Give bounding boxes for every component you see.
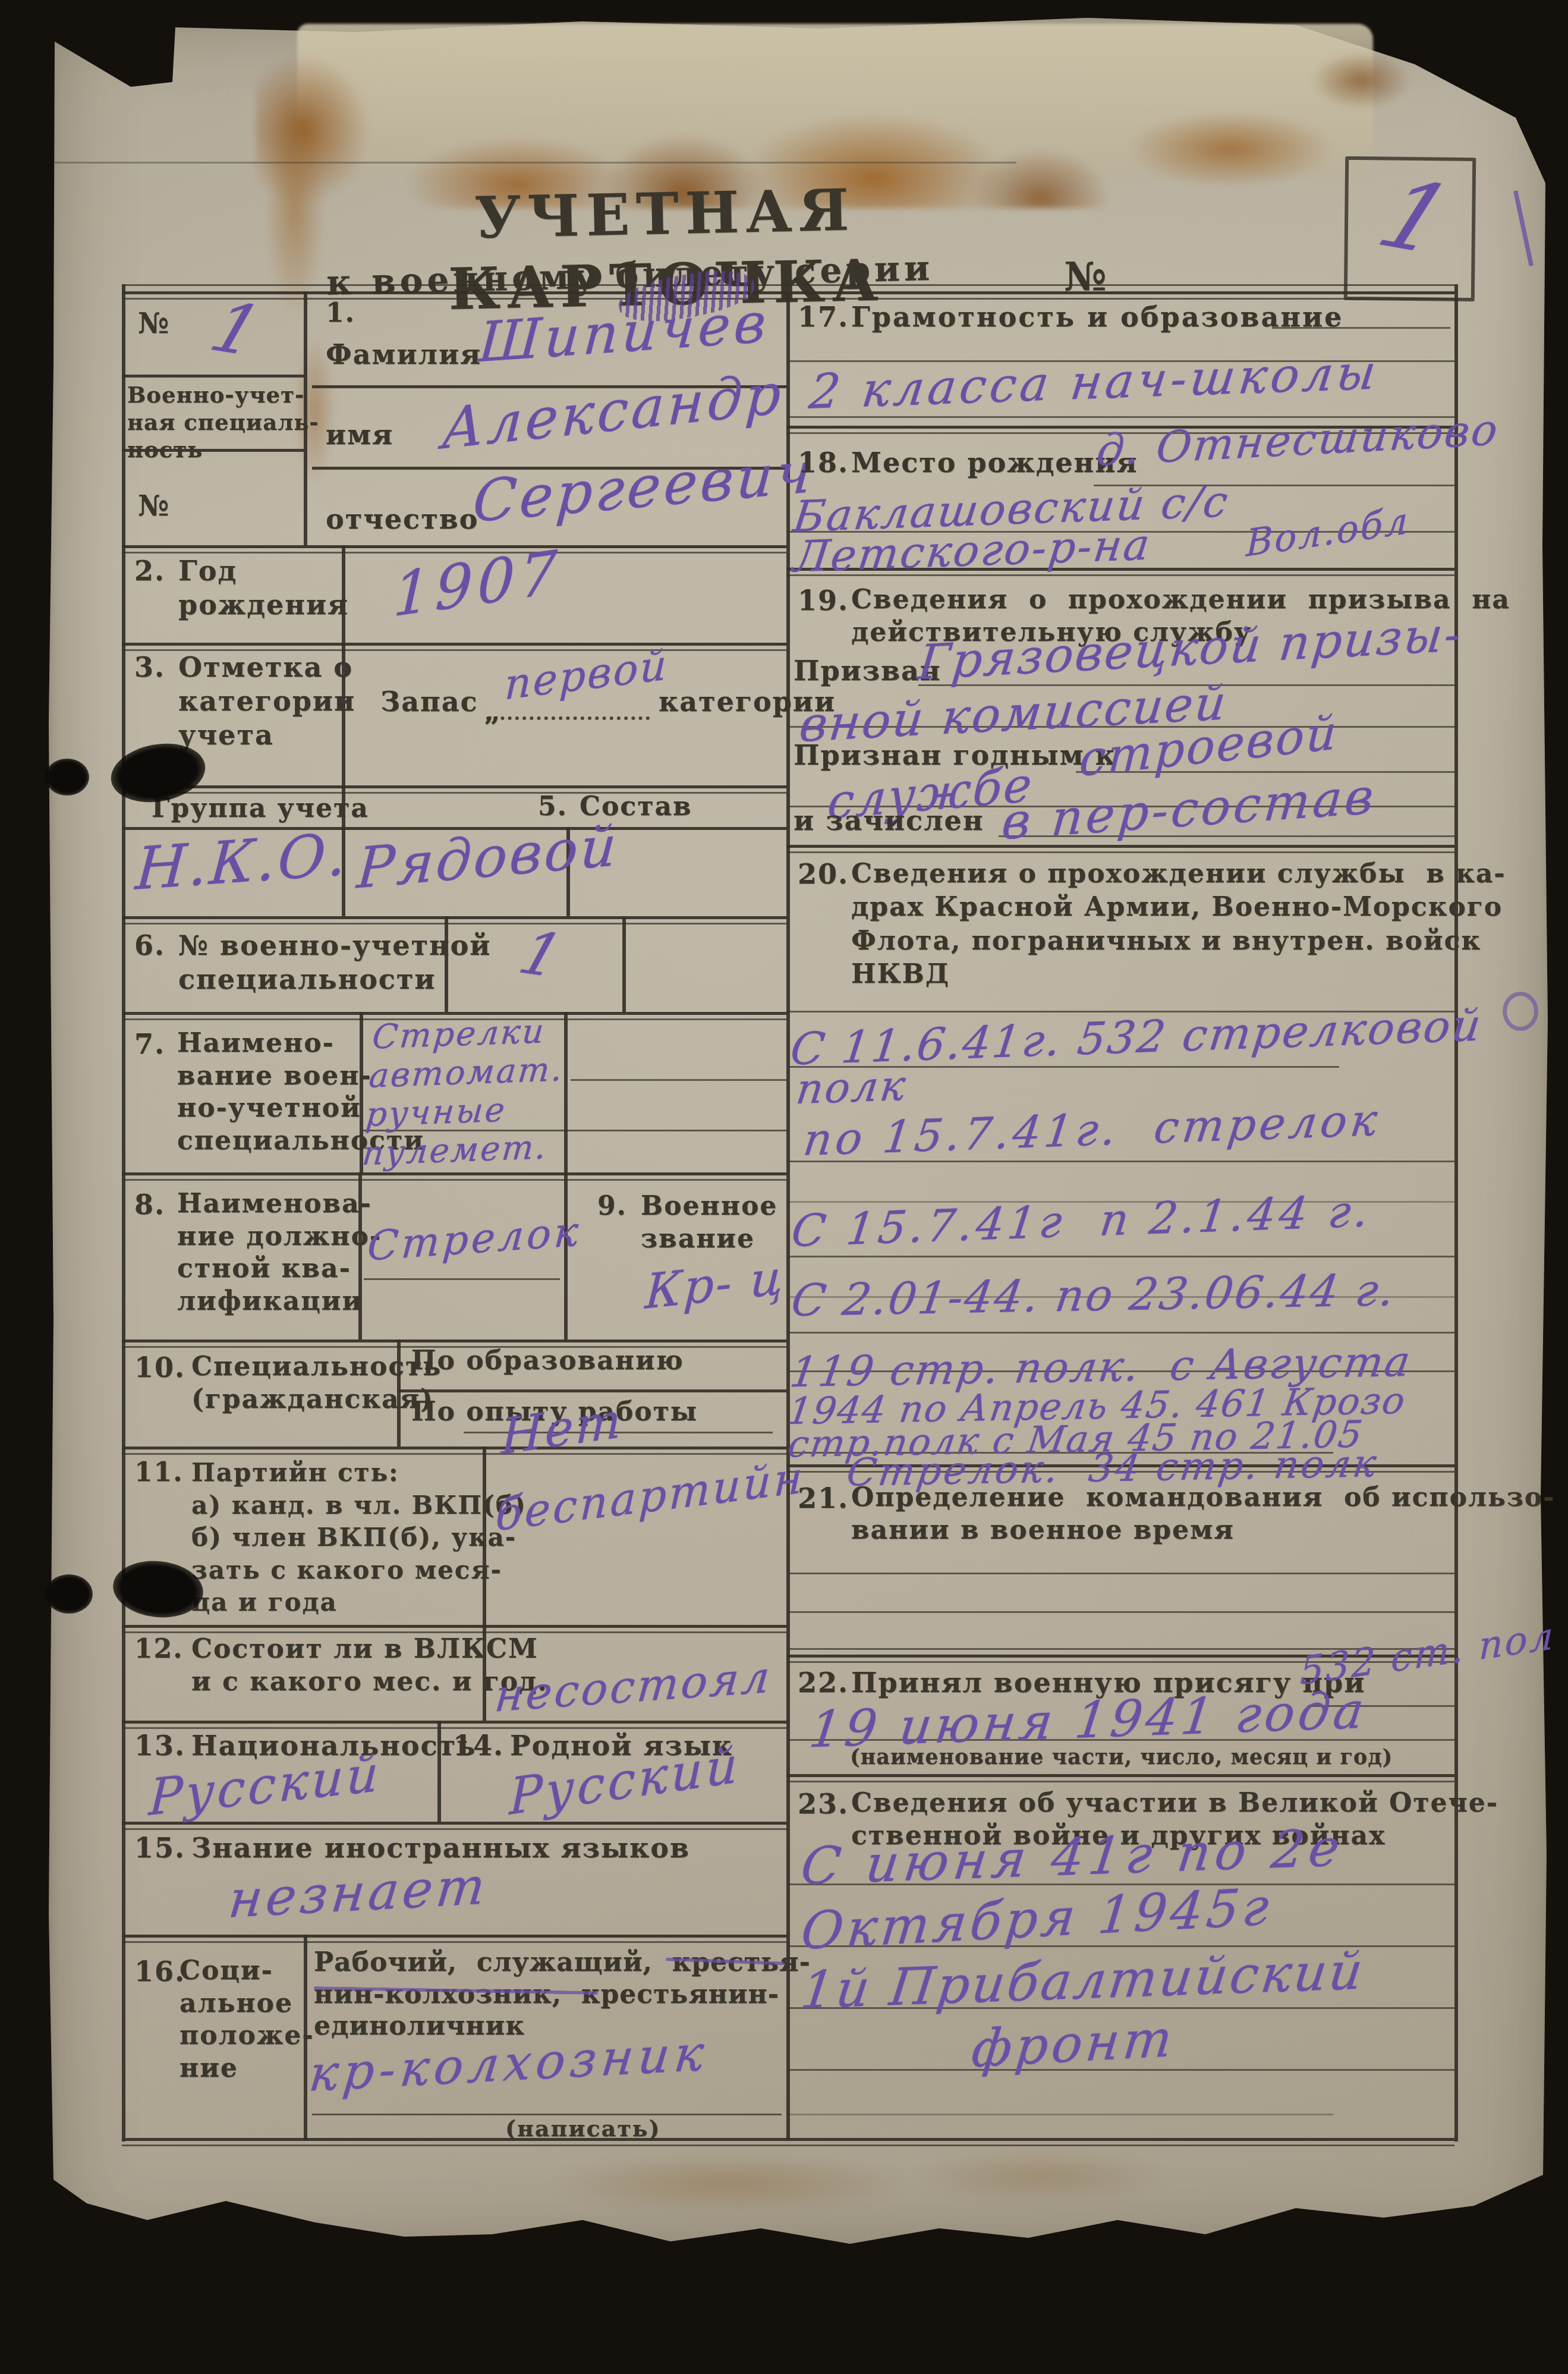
ruled-line xyxy=(786,1332,1454,1334)
field20-entry: С 15.7.41г п 2.1.44 г. xyxy=(789,1188,1374,1256)
field23-num: 23. xyxy=(798,1787,849,1821)
field22-caption: (наименование части, число, месяц и год) xyxy=(850,1744,1393,1770)
grid-line xyxy=(786,1774,1454,1782)
grid-line xyxy=(622,916,626,1012)
field3-label: Отметка о категории учета xyxy=(178,650,355,752)
grid-line xyxy=(122,1822,786,1830)
grid-line xyxy=(122,1721,786,1729)
field17-label: Грамотность и образование xyxy=(851,300,1343,334)
category-dotted-line xyxy=(486,716,650,720)
punch-hole xyxy=(45,759,89,795)
field9-label: Военное звание xyxy=(641,1190,777,1255)
field9-value: Кр- ц xyxy=(644,1252,786,1318)
field7-value: Стрелки автомат. ручные пулемет. xyxy=(361,1012,569,1174)
field8-value: Стрелок xyxy=(366,1210,583,1269)
field19-enrolled-value: в пер-состав xyxy=(1000,771,1378,850)
grid-line xyxy=(122,916,786,925)
field9-num: 9. xyxy=(597,1190,627,1223)
field20-num: 20. xyxy=(798,857,849,891)
field4-value: Н.К.О. xyxy=(134,823,351,902)
field11-value: беспартийн xyxy=(495,1454,806,1540)
field20-label: Сведения о прохождении службы в ка- драх… xyxy=(851,857,1506,991)
field12-num: 12. xyxy=(134,1633,184,1666)
ruled-line xyxy=(786,1256,1454,1257)
grid-line xyxy=(397,1389,786,1392)
field13-num: 13. xyxy=(134,1729,185,1763)
field7-num: 7. xyxy=(134,1027,165,1061)
field12-label: Состоит ли в ВЛКСМ и с какого мес. и год… xyxy=(191,1633,548,1698)
card-content: УЧЕТНАЯ КАРТОЧКА к военному билету серии… xyxy=(0,0,1568,2374)
field22-unit-value: 532 ст. пол xyxy=(1299,1615,1555,1693)
grid-line xyxy=(122,1447,786,1455)
ruled-line xyxy=(786,1573,1454,1574)
grid-line xyxy=(122,284,125,2142)
field8-label: Наименова- ние должно- стной ква- лифика… xyxy=(177,1188,382,1318)
field1-name-label: имя xyxy=(326,418,393,452)
field10-by-education-label: По образованию xyxy=(411,1345,684,1378)
punch-hole xyxy=(45,1574,93,1614)
grid-line xyxy=(122,643,786,651)
field16-label: Соци- альное положе- ние xyxy=(180,1955,314,2084)
field11-label: Партийн сть: а) канд. в чл. ВКП(б) б) чл… xyxy=(191,1457,527,1619)
field15-num: 15. xyxy=(134,1831,185,1865)
field1-patronymic-label: отчество xyxy=(326,502,478,536)
field20-entry: полк xyxy=(794,1064,909,1112)
field18-value-line3b: Вол.обл xyxy=(1246,501,1410,564)
grid-line xyxy=(364,1278,560,1280)
field2-num: 2. xyxy=(134,554,165,588)
scanned-military-card-photo: { "colors": { "paper": "#b9b1a0", "print… xyxy=(0,0,1568,2374)
grid-line xyxy=(786,845,1454,853)
field21-label: Определение командования об использо- ва… xyxy=(851,1482,1555,1546)
field8-num: 8. xyxy=(134,1188,165,1222)
field6-num: 6. xyxy=(134,929,165,963)
field3-zapas-label: Запас xyxy=(380,685,478,719)
pen-circle-mark xyxy=(1503,992,1538,1031)
vus-label: Военно-учет- ная специаль- ность xyxy=(127,382,319,464)
grid-line xyxy=(122,375,304,378)
grid-line xyxy=(571,1079,786,1081)
field20-entry: С 2.01-44. по 23.06.44 г. xyxy=(788,1267,1399,1325)
field2-label: Год рождения xyxy=(178,554,349,622)
field3-num: 3. xyxy=(134,650,165,684)
field3-value: первой xyxy=(504,643,669,708)
grid-line xyxy=(122,1935,786,1943)
field16-note: (написать) xyxy=(505,2114,661,2142)
field14-num: 14. xyxy=(453,1729,504,1763)
field21-num: 21. xyxy=(798,1482,849,1515)
ruled-line xyxy=(786,2114,1333,2115)
field1-patronymic-value: Сергеевич xyxy=(471,441,816,533)
field17-value: 2 класса нач-школы xyxy=(807,347,1383,418)
header-rule xyxy=(53,162,1016,163)
field10-label: Специальность (гражданская) xyxy=(191,1351,442,1416)
grid-line xyxy=(1454,284,1458,2142)
field4-label: Группа учета xyxy=(152,793,369,825)
field19-num: 19. xyxy=(798,584,849,618)
vus-no-value: 1 xyxy=(202,290,272,369)
vus-no2-label: № xyxy=(138,489,170,524)
field16-num: 16. xyxy=(134,1955,185,1989)
field19-enrolled-label: и зачислен xyxy=(794,804,984,838)
pen-mark xyxy=(1513,190,1534,267)
field18-num: 18. xyxy=(798,446,849,480)
field11-num: 11. xyxy=(134,1457,184,1489)
field1-num: 1. xyxy=(326,297,355,330)
field1-surname-label: Фамилия xyxy=(326,338,481,372)
grid-line xyxy=(122,1172,786,1181)
field10-num: 10. xyxy=(134,1351,185,1385)
vus-no-label: № xyxy=(138,306,170,342)
field6-label: № военно-учетной специальности xyxy=(178,929,491,996)
field22-num: 22. xyxy=(798,1666,849,1700)
field15-value: незнает xyxy=(226,1859,491,1928)
field23-line: фронт xyxy=(969,2011,1178,2077)
field17-num: 17. xyxy=(798,300,849,334)
ruled-line xyxy=(786,1611,1454,1613)
grid-line xyxy=(122,284,1454,286)
grid-line xyxy=(122,1625,786,1633)
field6-value: 1 xyxy=(512,921,571,989)
field3-open-quote: „ xyxy=(484,694,501,728)
